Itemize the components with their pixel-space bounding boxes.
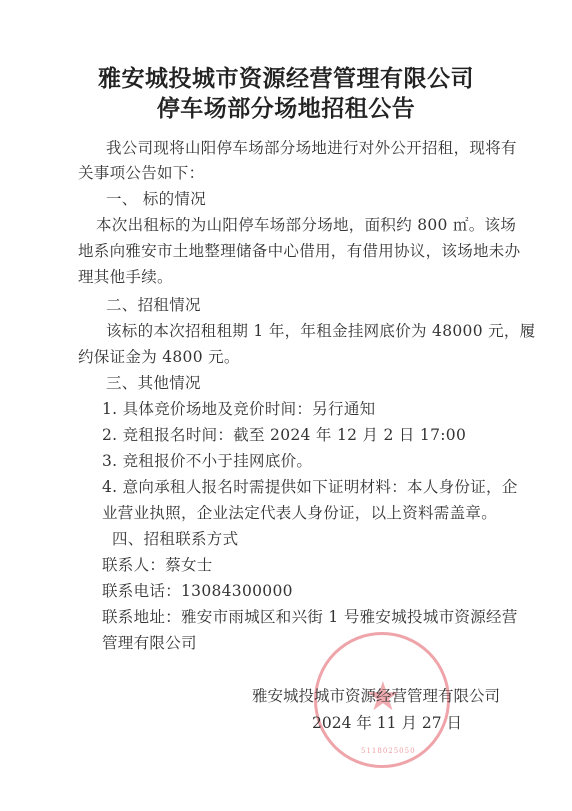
section3-item: 1. 具体竞价场地及竞价时间：另行通知	[102, 397, 375, 419]
section3-heading: 三、其他情况	[106, 371, 201, 393]
contact-person: 联系人：蔡女士	[102, 553, 213, 575]
signature-company: 雅安城投城市资源经营管理有限公司	[252, 684, 500, 706]
section3-item: 2. 竞租报名时间：截至 2024 年 12 月 2 日 17:00	[102, 423, 466, 445]
section2-heading: 二、招租情况	[106, 293, 201, 315]
signature-date: 2024 年 11 月 27 日	[312, 711, 462, 733]
section3-item: 业营业执照，企业法定代表人身份证，以上资料需盖章。	[102, 501, 497, 523]
section2-line: 约保证金为 4800 元。	[78, 345, 240, 367]
section4-heading: 四、招租联系方式	[112, 527, 238, 549]
intro-line-2: 关事项公告如下：	[78, 161, 204, 183]
contact-address-line-2: 管理有限公司	[102, 631, 197, 653]
contact-address-line-1: 联系地址：雅安市雨城区和兴街 1 号雅安城投城市资源经营	[102, 605, 518, 627]
section1-line: 本次出租标的为山阳停车场部分场地，面积约 800 ㎡。该场	[96, 213, 516, 235]
section1-heading: 一、 标的情况	[106, 187, 206, 209]
title-line-2: 停车场部分场地招租公告	[0, 90, 572, 123]
section3-item: 4. 意向承租人报名时需提供如下证明材料：本人身份证，企	[102, 475, 518, 497]
contact-phone: 联系电话：13084300000	[102, 579, 293, 601]
section3-item: 3. 竞租报价不小于挂网底价。	[102, 449, 312, 471]
stamp-code: 5118025050	[361, 747, 416, 755]
intro-line-1: 我公司现将山阳停车场部分场地进行对外公开招租，现将有	[106, 136, 517, 158]
section1-line: 理其他手续。	[78, 265, 173, 287]
title-line-1: 雅安城投城市资源经营管理有限公司	[0, 60, 572, 93]
section1-line: 地系向雅安市土地整理储备中心借用，有借用协议，该场地未办	[78, 239, 520, 261]
section2-line: 该标的本次招租租期 1 年，年租金挂网底价为 48000 元，履	[106, 319, 535, 341]
